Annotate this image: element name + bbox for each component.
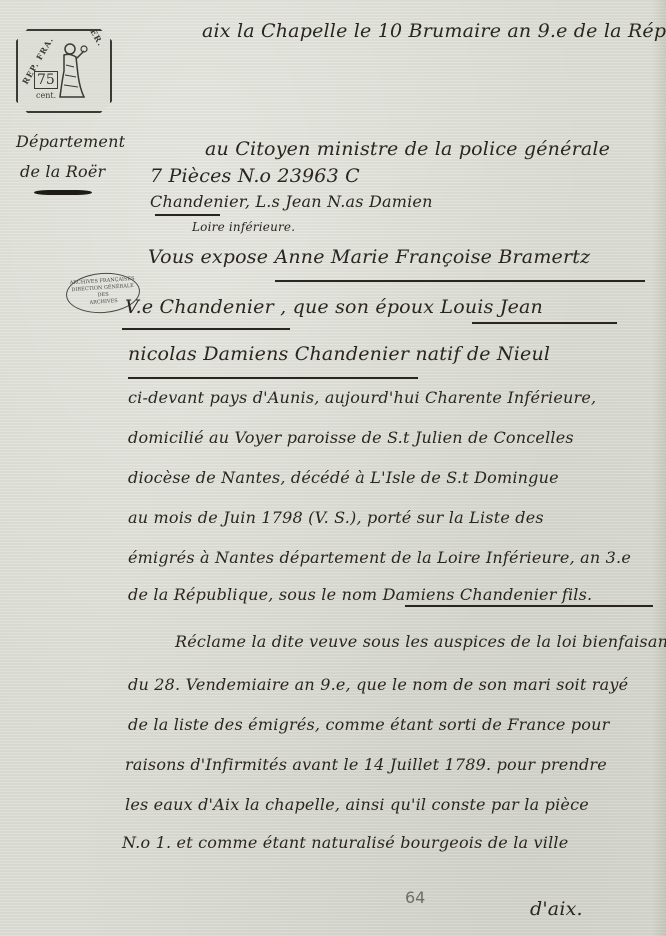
body-line-9: de la République, sous le nom Damiens Ch… (128, 585, 592, 604)
reference-department: Loire inférieure. (192, 220, 295, 234)
margin-department-name: de la Roër (20, 162, 105, 181)
manuscript-page: REP. FRA. ROER. 75 cent. aix la Chapelle… (0, 0, 666, 936)
body-line-5: domicilié au Voyer paroisse de S.t Julie… (128, 428, 574, 447)
tax-stamp: REP. FRA. ROER. 75 cent. (16, 29, 112, 113)
body-line-3: nicolas Damiens Chandenier natif de Nieu… (128, 343, 550, 365)
body-line-4: ci-devant pays d'Aunis, aujourd'hui Char… (128, 388, 596, 407)
body-line-3-underline (128, 377, 418, 379)
body2-line-4: raisons d'Infirmités avant le 14 Juillet… (125, 755, 607, 774)
body-line-1-underline (275, 280, 645, 282)
tax-stamp-unit: cent. (36, 91, 56, 100)
body-line-2: V.e Chandenier , que son époux Louis Jea… (125, 296, 543, 318)
closing-text: d'aix. (530, 898, 583, 920)
body2-line-1: Réclame la dite veuve sous les auspices … (175, 632, 666, 651)
body2-line-2: du 28. Vendemiaire an 9.e, que le nom de… (128, 675, 628, 694)
body2-line-6: N.o 1. et comme étant naturalisé bourgeo… (122, 833, 568, 852)
body-line-6: diocèse de Nantes, décédé à L'Isle de S.… (128, 468, 559, 487)
seated-liberty-figure-icon (56, 41, 88, 103)
body2-line-3: de la liste des émigrés, comme étant sor… (128, 715, 610, 734)
reference-underline (155, 214, 220, 216)
body-line-2-underline-b (472, 322, 617, 324)
body-line-8: émigrés à Nantes département de la Loire… (128, 548, 631, 567)
margin-department: Département (16, 132, 125, 151)
reference-name: Chandenier, L.s Jean N.as Damien (150, 192, 433, 211)
place-date-line: aix la Chapelle le 10 Brumaire an 9.e de… (202, 20, 666, 42)
body2-line-5: les eaux d'Aix la chapelle, ainsi qu'il … (125, 795, 589, 814)
tax-stamp-value: 75 (34, 71, 58, 89)
body-line-7: au mois de Juin 1798 (V. S.), porté sur … (128, 508, 544, 527)
body-line-9-underline (405, 605, 653, 607)
body-line-2-underline-a (122, 328, 290, 330)
addressee-line: au Citoyen ministre de la police général… (205, 138, 610, 160)
body-line-1: Vous expose Anne Marie Françoise Bramert… (148, 246, 590, 268)
reference-pieces-number: 7 Pièces N.o 23963 C (150, 165, 360, 187)
paper-edge (652, 0, 666, 936)
margin-flourish (34, 190, 92, 195)
pencil-folio-number: 64 (405, 888, 425, 907)
